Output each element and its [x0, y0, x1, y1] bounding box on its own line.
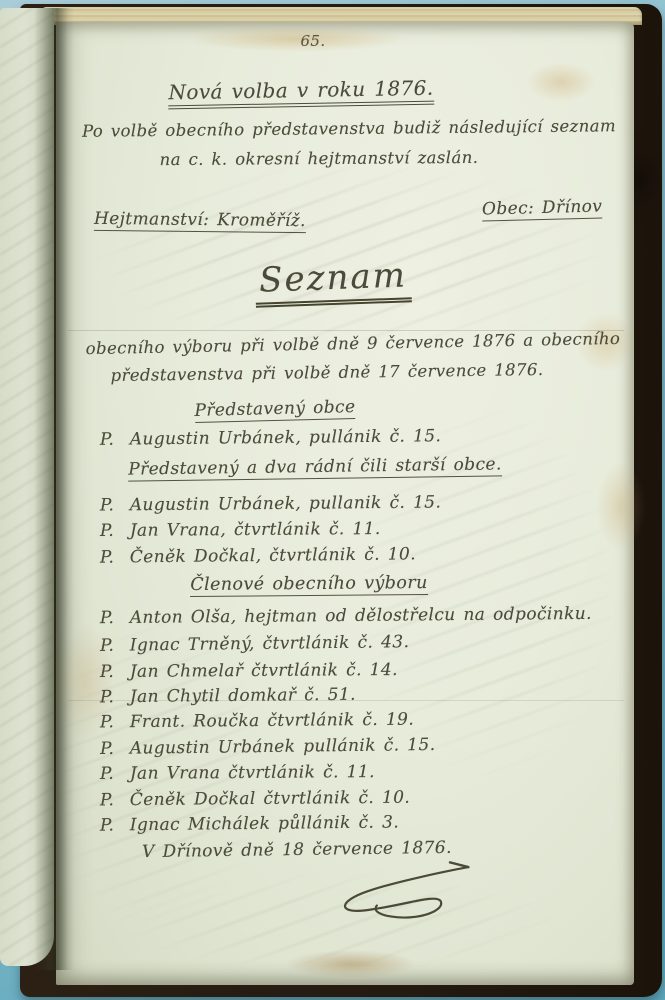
list-subtitle-line-2: představenstva při volbě dně 17 července…	[38, 359, 616, 386]
manuscript-page: 65. Nová volba v roku 1876. Po volbě obe…	[56, 22, 634, 985]
section-heading-text: Představený a dva rádní čili starší obce…	[128, 454, 502, 481]
section-heading-predstaveny-a-radni: Představený a dva rádní čili starší obce…	[26, 453, 604, 481]
list-subtitle-line-1: obecního výboru při volbě dně 9 července…	[64, 328, 642, 358]
section-heading-text: Představený obce	[194, 397, 355, 423]
section-heading-clenove-vyboru: Členové obecního výboru	[20, 571, 598, 596]
list-entry: P. Jan Chytil domkař č. 51.	[100, 685, 356, 708]
authority-text: Hejtmanství: Kroměříž.	[94, 209, 306, 233]
municipality-text: Obec: Dřínov	[481, 197, 602, 222]
signature-flourish-icon	[322, 857, 476, 929]
list-entry: P. Jan Chmelař čtvrtlánik č. 14.	[100, 660, 398, 682]
dateline: V Dřínově dně 18 července 1876.	[142, 838, 452, 862]
list-entry: P. Jan Vrana, čtvrtlánik č. 11.	[100, 519, 381, 541]
bottom-smudge	[286, 950, 416, 978]
intro-line-1: Po volbě obecního představenstva budiž n…	[60, 116, 638, 141]
municipality-label: Obec: Dřínov	[481, 197, 602, 220]
list-entry: P. Čeněk Dočkal, čtvrtlánik č. 10.	[100, 544, 416, 567]
document-title-text: Nová volba v roku 1876.	[168, 76, 433, 110]
section-heading-text: Členové obecního výboru	[190, 573, 428, 597]
list-entry: P. Frant. Roučka čtvrtlánik č. 19.	[100, 710, 414, 733]
list-entry: P. Augustin Urbánek, pullánik č. 15.	[100, 426, 441, 450]
list-heading-text: Seznam	[254, 255, 411, 307]
list-entry: P. Anton Olša, hejtman od dělostřelcu na…	[100, 604, 592, 628]
page-number: 65.	[24, 32, 602, 50]
section-heading-predstaveny-obce: Představený obce	[0, 392, 564, 426]
list-heading: Seznam	[43, 248, 622, 308]
intro-line-2: na c. k. okresní hejtmanství zaslán.	[30, 147, 608, 170]
document-title: Nová volba v roku 1876.	[12, 73, 590, 107]
authority-label: Hejtmanství: Kroměříž.	[94, 209, 306, 231]
list-entry: P. Jan Vrana čtvrtlánik č. 11.	[100, 762, 375, 784]
list-entry: P. Čeněk Dočkal čtvrtlánik č. 10.	[100, 788, 410, 811]
photo-backdrop: 65. Nová volba v roku 1876. Po volbě obe…	[0, 0, 665, 1000]
list-entry: P. Ignac Michálek půllánik č. 3.	[100, 812, 399, 835]
list-entry: P. Augustin Urbánek, pullanik č. 15.	[100, 493, 441, 516]
list-entry: P. Ignac Trněný, čtvrtlánik č. 43.	[100, 632, 410, 656]
list-entry: P. Augustin Urbánek pullánik č. 15.	[100, 735, 436, 759]
